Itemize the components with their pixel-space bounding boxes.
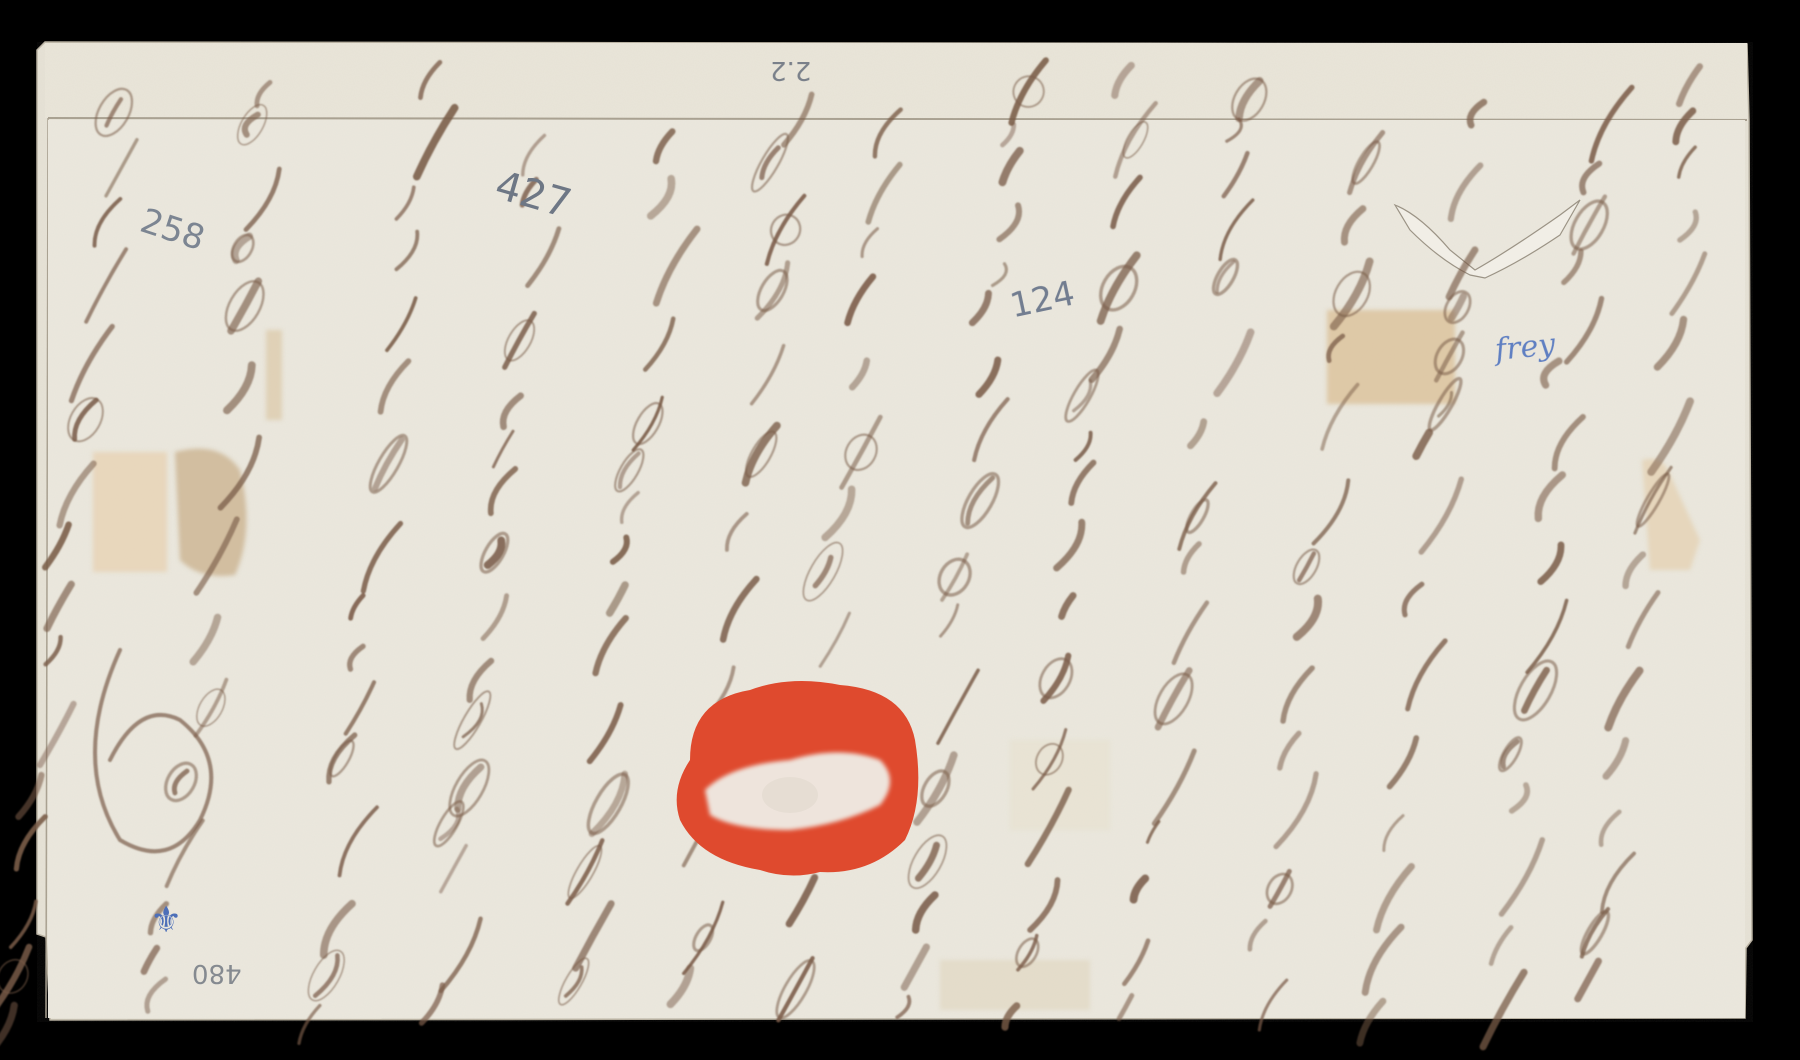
letter-sheet bbox=[37, 42, 1753, 1022]
blue-signature: frey bbox=[1493, 327, 1556, 368]
pencil-note-480: 480 bbox=[192, 958, 242, 988]
blue-mark-icon: ⚜ bbox=[150, 900, 182, 941]
letter-photo bbox=[0, 0, 1800, 1060]
pencil-note-22: 2.2 bbox=[770, 55, 811, 85]
wax-seal bbox=[677, 681, 919, 876]
